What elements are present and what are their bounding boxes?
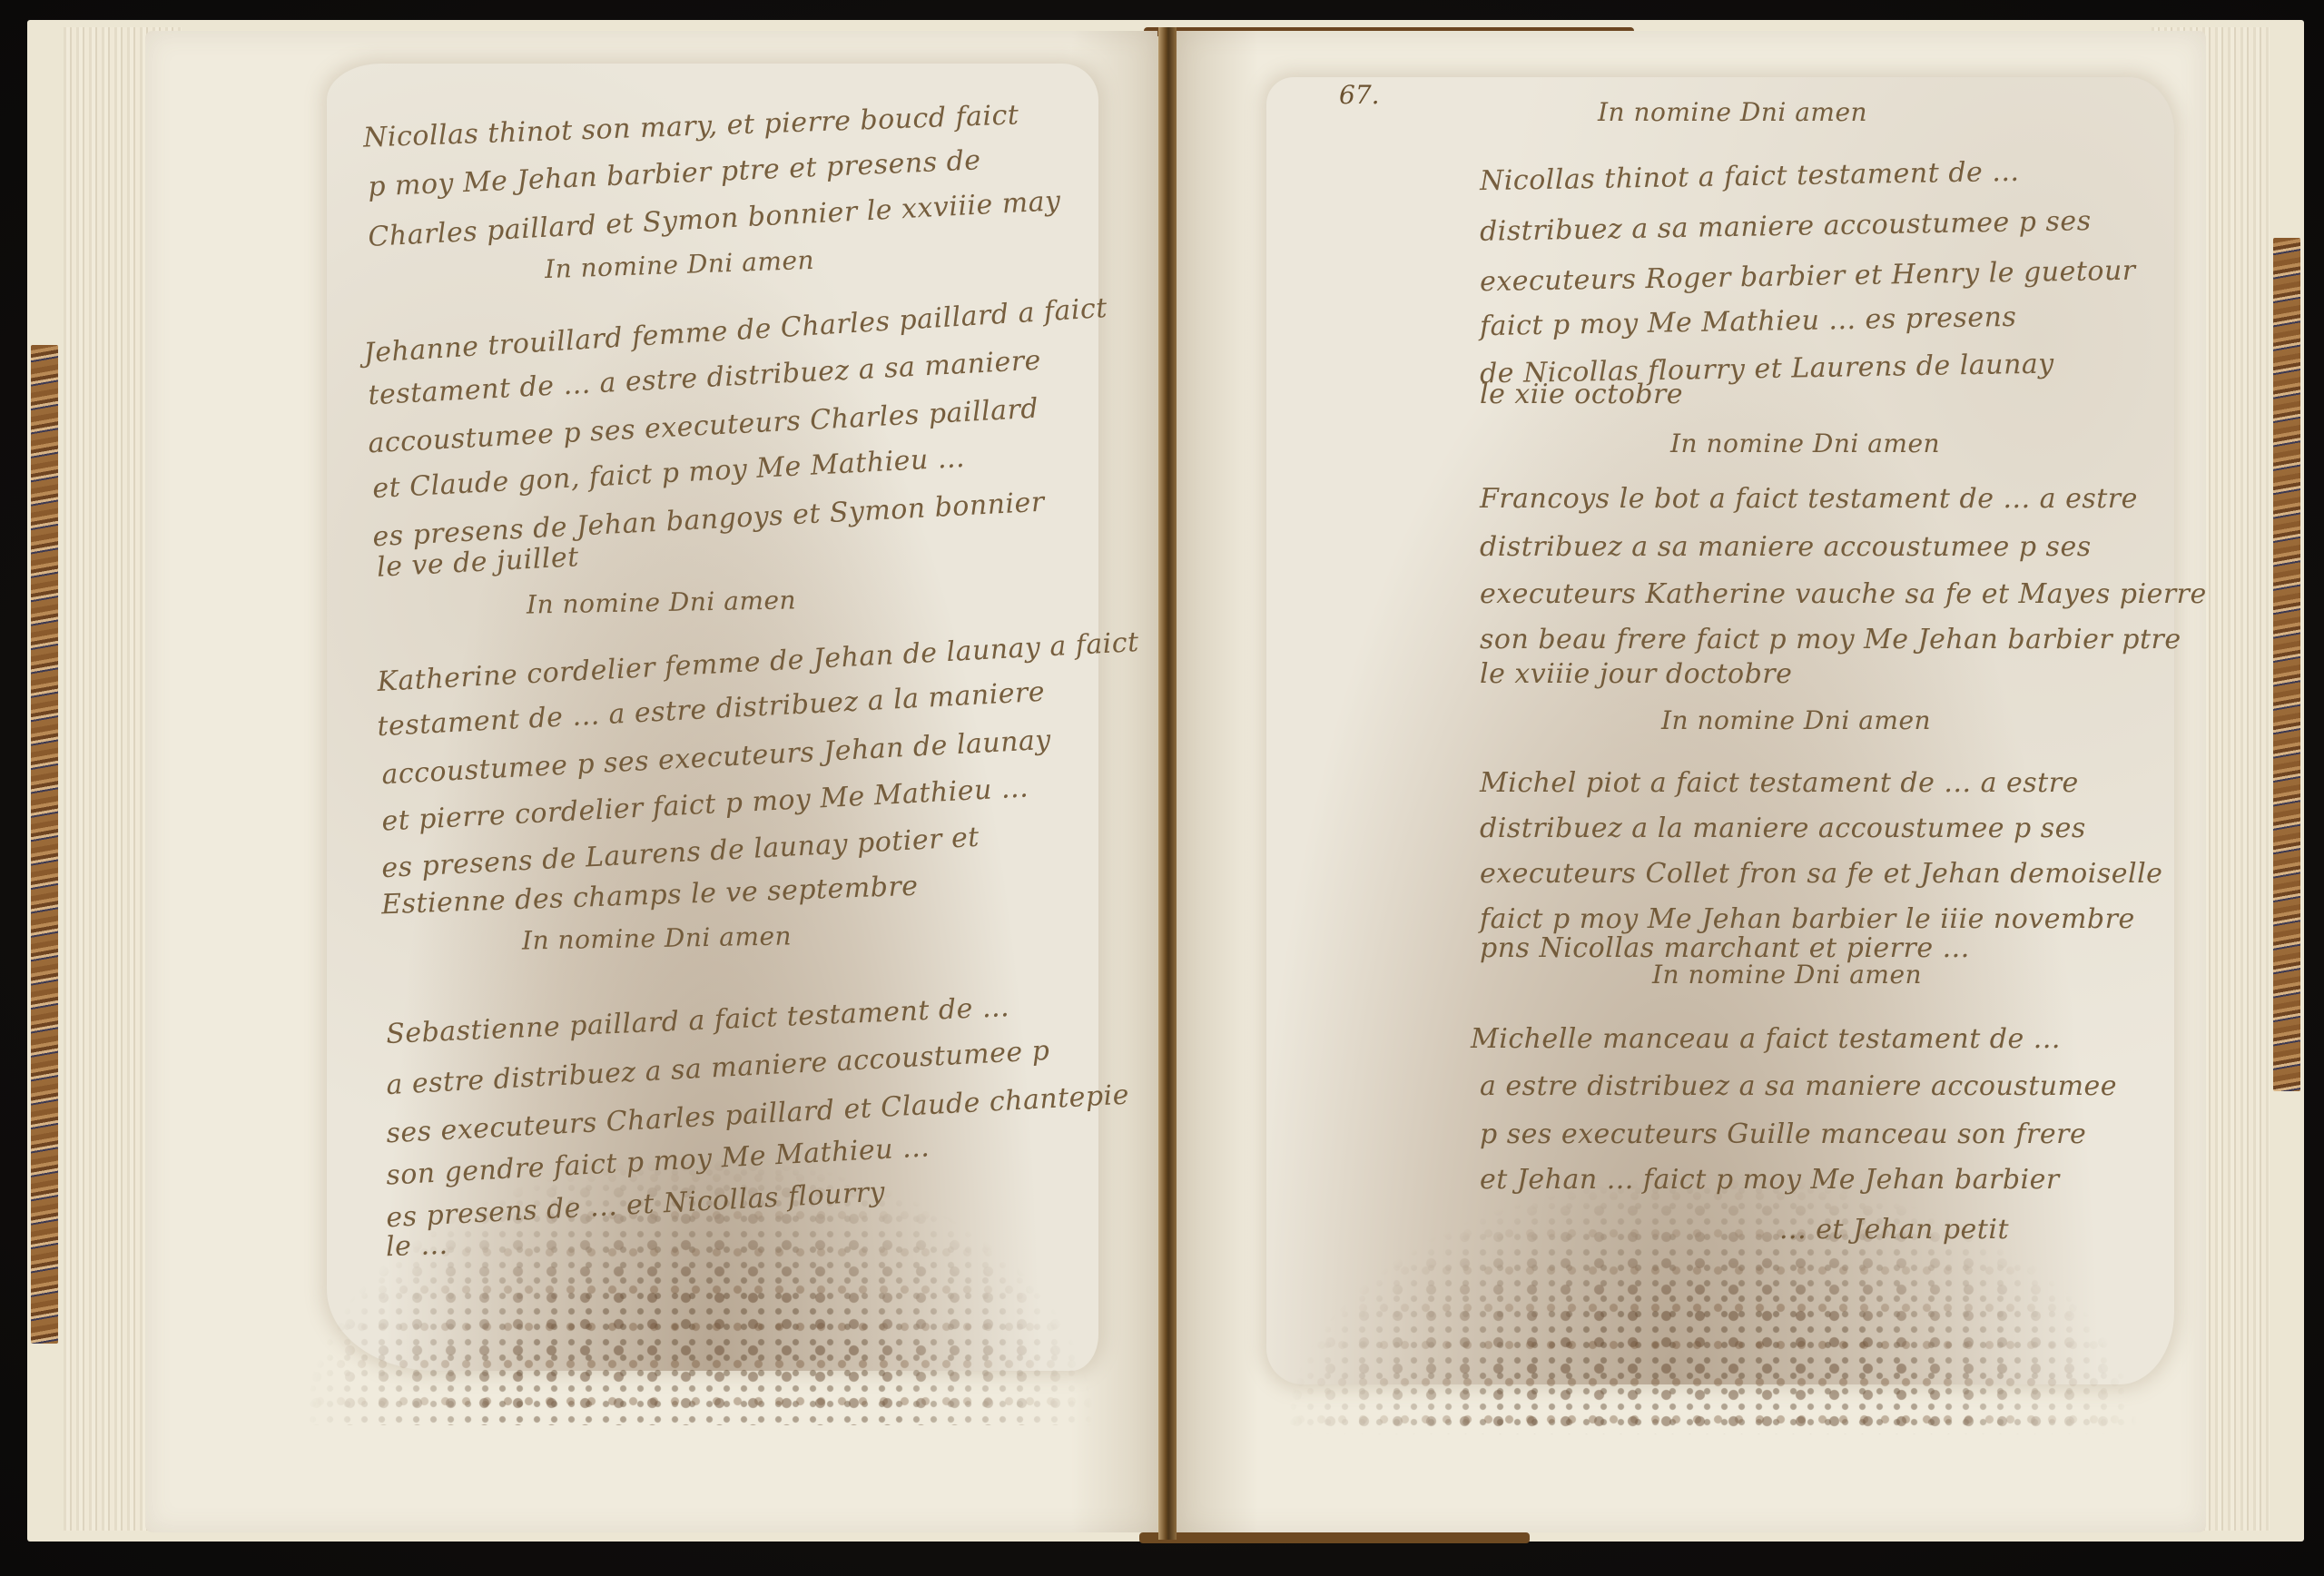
folio-number: 67.: [1339, 80, 1380, 110]
ms-line: distribuez a la maniere accoustumee p se…: [1480, 815, 2086, 842]
book-gutter: [1158, 27, 1177, 1540]
ms-line: faict p moy Me Jehan barbier le iiie nov…: [1480, 906, 2135, 933]
tailband: [1139, 1532, 1530, 1543]
ms-line: et Jehan ... faict p moy Me Jehan barbie…: [1480, 1167, 2060, 1194]
ms-line: p ses executeurs Guille manceau son frer…: [1480, 1121, 2086, 1148]
ms-line: le xiie octobre: [1480, 381, 1683, 409]
ms-line: distribuez a sa maniere accoustumee p se…: [1480, 534, 2092, 561]
ms-line: executeurs Collet fron sa fe et Jehan de…: [1480, 861, 2162, 888]
ms-line: le ...: [385, 1232, 448, 1261]
ms-line: Michel piot a faict testament de ... a e…: [1480, 770, 2079, 797]
ms-heading: In nomine Dni amen: [1598, 100, 1867, 125]
ms-line: Michelle manceau a faict testament de ..…: [1471, 1026, 2061, 1053]
ms-line: ... et Jehan petit: [1779, 1216, 2009, 1244]
ms-heading: In nomine Dni amen: [527, 587, 797, 617]
ms-heading: In nomine Dni amen: [522, 923, 793, 953]
gutter-shadow-right: [1177, 31, 1258, 1532]
ms-heading: In nomine Dni amen: [1661, 708, 1931, 734]
marbled-edge-left: [31, 345, 58, 1344]
ms-line: son beau frere faict p moy Me Jehan barb…: [1480, 626, 2181, 654]
ms-heading: In nomine Dni amen: [1652, 962, 1922, 988]
marbled-edge-right: [2273, 238, 2300, 1091]
ms-line: le xviiie jour doctobre: [1480, 661, 1792, 688]
ms-line: executeurs Katherine vauche sa fe et May…: [1480, 581, 2207, 608]
ms-line: a estre distribuez a sa maniere accoustu…: [1480, 1073, 2117, 1100]
ms-heading: In nomine Dni amen: [1670, 431, 1940, 457]
ms-line: Francoys le bot a faict testament de ...…: [1480, 486, 2138, 513]
ms-line: pns Nicollas marchant et pierre ...: [1480, 935, 1970, 962]
